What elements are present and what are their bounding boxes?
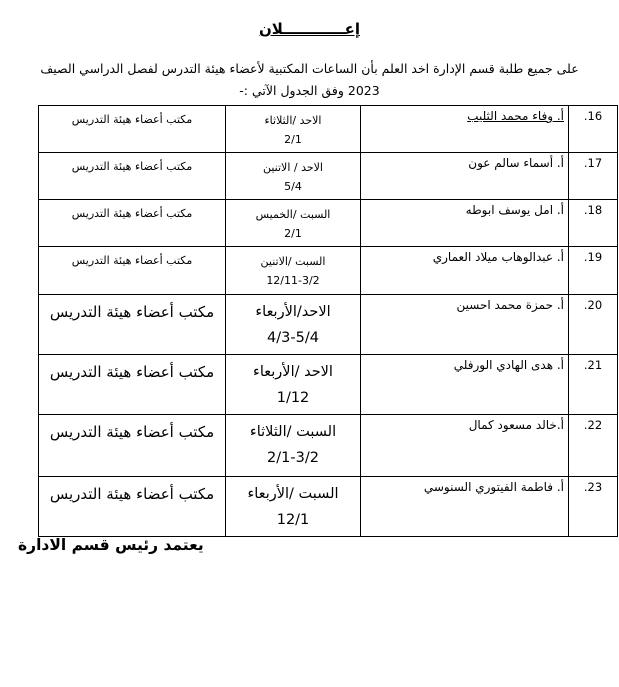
office-cell: مكتب أعضاء هيئة التدريس xyxy=(39,153,226,200)
lecturer-name: أ. أسماء سالم عون xyxy=(361,153,569,200)
approval-signature: يعتمد رئيس قسم الادارة xyxy=(18,536,204,554)
row-number: 16. xyxy=(569,106,618,153)
intro-paragraph: على جميع طلبة قسم الإدارة اخد العلم بأن … xyxy=(0,58,619,102)
days-value: السبت /الثلاثاء xyxy=(230,419,356,445)
table-row: 23. أ. فاطمة الفيتوري السنوسي السبت /الأ… xyxy=(39,477,618,537)
row-number: 22. xyxy=(569,415,618,477)
intro-line-2: 2023 وفق الجدول الآتي :- xyxy=(0,80,619,102)
office-hours-table: 16. أ. وفاء محمد الثليب الاحد /الثلاثاء … xyxy=(38,105,618,537)
office-cell: مكتب أعضاء هيئة التدريس xyxy=(39,247,226,295)
office-cell: مكتب أعضاء هيئة التدريس xyxy=(39,355,226,415)
day-time-cell: الاحد /الأربعاء 1/12 xyxy=(226,355,361,415)
time-value: 2/1 xyxy=(230,130,356,149)
days-value: الاحد /الأربعاء xyxy=(230,359,356,385)
days-value: الاحد / الاتنين xyxy=(230,158,356,177)
row-number: 17. xyxy=(569,153,618,200)
table-row: 22. أ.خالد مسعود كمال السبت /الثلاثاء 2/… xyxy=(39,415,618,477)
day-time-cell: السبت /الثلاثاء 2/1-3/2 xyxy=(226,415,361,477)
table-row: 17. أ. أسماء سالم عون الاحد / الاتنين 5/… xyxy=(39,153,618,200)
announcement-document: إعــــــــــــلان على جميع طلبة قسم الإد… xyxy=(0,0,619,687)
row-number: 19. xyxy=(569,247,618,295)
days-value: السبت /الاتنين xyxy=(230,252,356,271)
lecturer-name: أ. فاطمة الفيتوري السنوسي xyxy=(361,477,569,537)
row-number: 23. xyxy=(569,477,618,537)
office-cell: مكتب أعضاء هيئة التدريس xyxy=(39,106,226,153)
days-value: السبت /الخميس xyxy=(230,205,356,224)
table-row: 18. أ. امل يوسف ابوطه السبت /الخميس 2/1 … xyxy=(39,200,618,247)
lecturer-name: أ. وفاء محمد الثليب xyxy=(361,106,569,153)
row-number: 18. xyxy=(569,200,618,247)
office-cell: مكتب أعضاء هيئة التدريس xyxy=(39,295,226,355)
day-time-cell: الاحد / الاتنين 5/4 xyxy=(226,153,361,200)
lecturer-name: أ. حمزة محمد احسين xyxy=(361,295,569,355)
table-row: 20. أ. حمزة محمد احسين الاحد/الأربعاء 4/… xyxy=(39,295,618,355)
time-value: 4/3-5/4 xyxy=(230,325,356,351)
lecturer-name: أ. امل يوسف ابوطه xyxy=(361,200,569,247)
days-value: الاحد/الأربعاء xyxy=(230,299,356,325)
day-time-cell: الاحد/الأربعاء 4/3-5/4 xyxy=(226,295,361,355)
lecturer-name: أ. هدى الهادي الورفلي xyxy=(361,355,569,415)
days-value: الاحد /الثلاثاء xyxy=(230,111,356,130)
document-title: إعــــــــــــلان xyxy=(0,20,619,38)
day-time-cell: السبت /الأربعاء 12/1 xyxy=(226,477,361,537)
table-row: 21. أ. هدى الهادي الورفلي الاحد /الأربعا… xyxy=(39,355,618,415)
time-value: 1/12 xyxy=(230,385,356,411)
intro-line-1: على جميع طلبة قسم الإدارة اخد العلم بأن … xyxy=(0,58,619,80)
time-value: 12/1 xyxy=(230,507,356,533)
day-time-cell: السبت /الاتنين 12/11-3/2 xyxy=(226,247,361,295)
lecturer-name: أ.خالد مسعود كمال xyxy=(361,415,569,477)
time-value: 5/4 xyxy=(230,177,356,196)
day-time-cell: الاحد /الثلاثاء 2/1 xyxy=(226,106,361,153)
row-number: 20. xyxy=(569,295,618,355)
lecturer-name: أ. عبدالوهاب ميلاد العماري xyxy=(361,247,569,295)
time-value: 12/11-3/2 xyxy=(230,271,356,290)
table-row: 19. أ. عبدالوهاب ميلاد العماري السبت /ال… xyxy=(39,247,618,295)
table-row: 16. أ. وفاء محمد الثليب الاحد /الثلاثاء … xyxy=(39,106,618,153)
office-cell: مكتب أعضاء هيئة التدريس xyxy=(39,415,226,477)
day-time-cell: السبت /الخميس 2/1 xyxy=(226,200,361,247)
row-number: 21. xyxy=(569,355,618,415)
days-value: السبت /الأربعاء xyxy=(230,481,356,507)
time-value: 2/1-3/2 xyxy=(230,445,356,471)
office-cell: مكتب أعضاء هيئة التدريس xyxy=(39,477,226,537)
time-value: 2/1 xyxy=(230,224,356,243)
office-cell: مكتب أعضاء هيئة التدريس xyxy=(39,200,226,247)
